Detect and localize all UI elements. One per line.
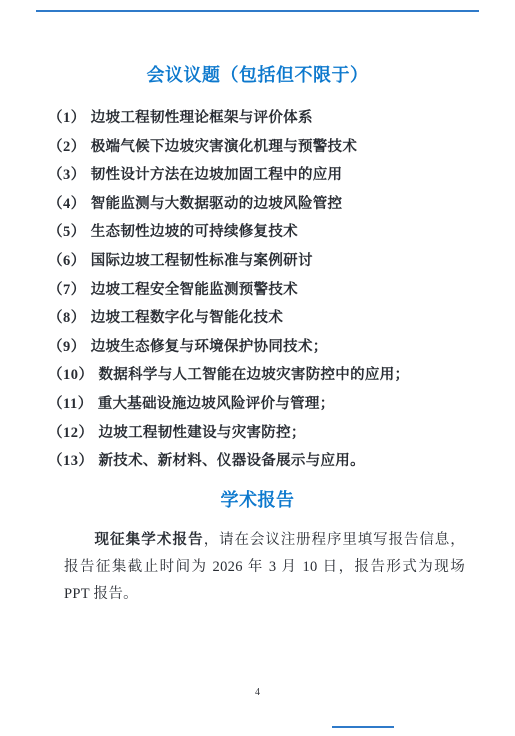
page-number: 4 (0, 687, 515, 698)
topic-list-item: （6）国际边坡工程韧性标准与案例研讨 (48, 247, 475, 276)
topic-item-number: （13） (48, 453, 94, 469)
topic-item-number: （11） (48, 396, 93, 412)
topic-item-number: （6） (48, 253, 86, 269)
topic-item-text: 生态韧性边坡的可持续修复技术 (91, 224, 298, 240)
reports-section-title: 学术报告 (0, 486, 515, 512)
topic-item-text: 韧性设计方法在边坡加固工程中的应用 (91, 167, 343, 183)
topic-item-number: （3） (48, 167, 86, 183)
document-page: 会议议题（包括但不限于） （1）边坡工程韧性理论框架与评价体系（2）极端气候下边… (0, 0, 515, 736)
topic-item-text: 边坡工程韧性理论框架与评价体系 (91, 110, 313, 126)
topic-list-item: （2）极端气候下边坡灾害演化机理与预警技术 (48, 133, 475, 162)
topic-item-text: 边坡生态修复与环境保护协同技术； (91, 339, 328, 355)
topic-list-item: （5）生态韧性边坡的可持续修复技术 (48, 218, 475, 247)
header-rule (36, 10, 479, 12)
topic-item-number: （2） (48, 139, 86, 155)
topic-list-item: （9）边坡生态修复与环境保护协同技术； (48, 333, 475, 362)
topic-list-item: （4）智能监测与大数据驱动的边坡风险管控 (48, 190, 475, 219)
topic-item-text: 智能监测与大数据驱动的边坡风险管控 (91, 196, 343, 212)
footer-rule (332, 726, 394, 728)
topic-item-number: （5） (48, 224, 86, 240)
topic-item-text: 国际边坡工程韧性标准与案例研讨 (91, 253, 313, 269)
topic-item-number: （4） (48, 196, 86, 212)
report-call-lead-bold: 现征集学术报告 (94, 532, 203, 548)
topic-list-item: （13）新技术、新材料、仪器设备展示与应用。 (48, 447, 475, 476)
topic-item-text: 新技术、新材料、仪器设备展示与应用。 (99, 453, 365, 469)
topic-list-item: （10）数据科学与人工智能在边坡灾害防控中的应用； (48, 361, 475, 390)
topic-item-text: 重大基础设施边坡风险评价与管理； (98, 396, 335, 412)
topic-item-number: （8） (48, 310, 86, 326)
topic-list: （1）边坡工程韧性理论框架与评价体系（2）极端气候下边坡灾害演化机理与预警技术（… (48, 104, 475, 476)
topics-section-title: 会议议题（包括但不限于） (0, 61, 515, 87)
topic-list-item: （11）重大基础设施边坡风险评价与管理； (48, 390, 475, 419)
topic-list-item: （1）边坡工程韧性理论框架与评价体系 (48, 104, 475, 133)
topic-item-text: 边坡工程安全智能监测预警技术 (91, 282, 298, 298)
report-call-paragraph: 现征集学术报告，请在会议注册程序里填写报告信息，报告征集截止时间为 2026 年… (64, 527, 465, 608)
topic-item-number: （10） (48, 367, 94, 383)
topic-item-text: 边坡工程韧性建设与灾害防控； (99, 425, 306, 441)
topic-item-text: 极端气候下边坡灾害演化机理与预警技术 (91, 139, 357, 155)
topic-list-item: （12）边坡工程韧性建设与灾害防控； (48, 419, 475, 448)
topic-list-item: （3）韧性设计方法在边坡加固工程中的应用 (48, 161, 475, 190)
topic-item-number: （7） (48, 282, 86, 298)
topic-item-number: （12） (48, 425, 94, 441)
topic-item-number: （9） (48, 339, 86, 355)
topic-item-text: 边坡工程数字化与智能化技术 (91, 310, 283, 326)
topic-list-item: （7）边坡工程安全智能监测预警技术 (48, 276, 475, 305)
topic-item-text: 数据科学与人工智能在边坡灾害防控中的应用； (99, 367, 410, 383)
topic-item-number: （1） (48, 110, 86, 126)
topic-list-item: （8）边坡工程数字化与智能化技术 (48, 304, 475, 333)
